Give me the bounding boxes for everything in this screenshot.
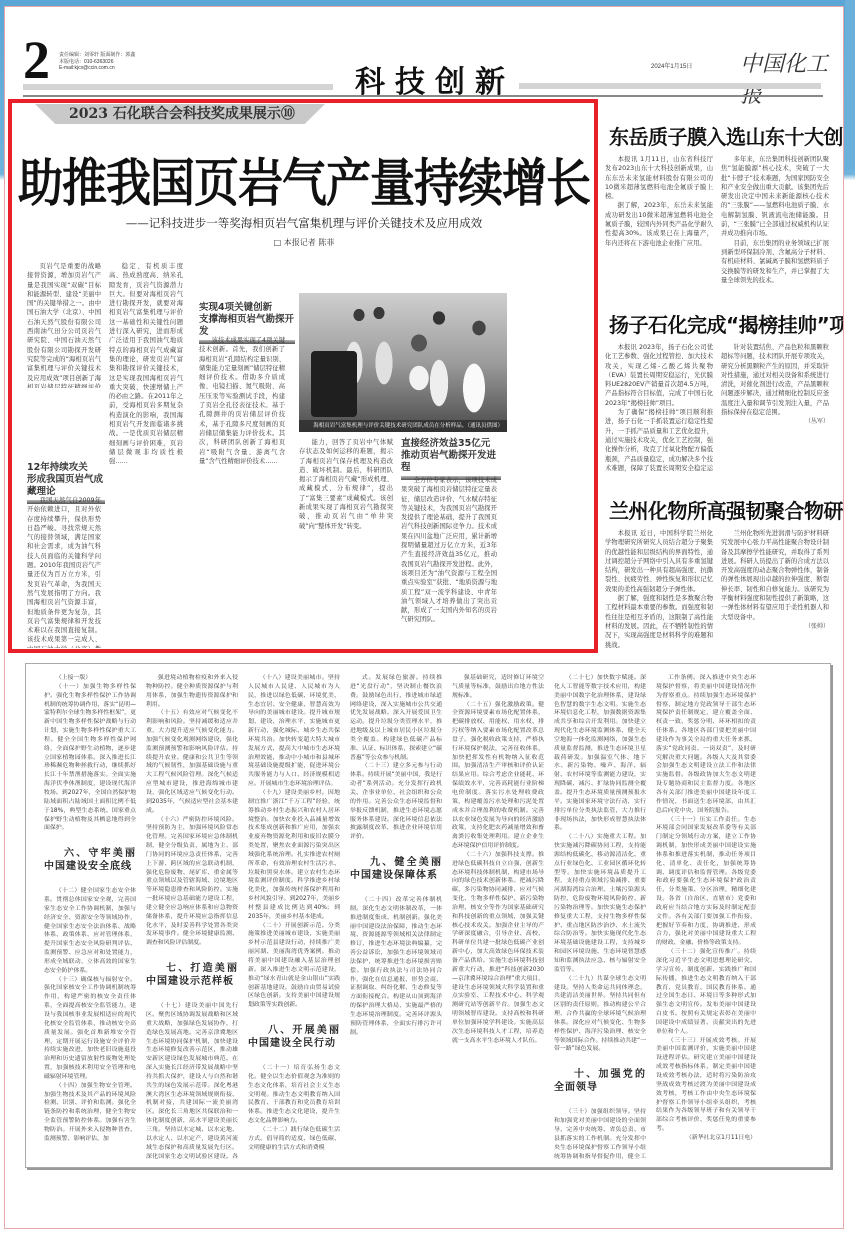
sidebar-headline: 兰州化物所高强韧聚合物研究获进展	[609, 495, 844, 524]
policy-column: 式。发展绿色旅游。持续推进“光盘行动”，坚决制止餐饮浪费。鼓励绿色出行，推进城市…	[350, 674, 442, 1160]
background-strip	[845, 0, 855, 170]
selection-highlight-box	[8, 99, 598, 653]
sidebar-column: 本报讯 2023年，扬子石化公司优化工艺参数、强化过程管控、加大技术攻关，实现乙…	[605, 343, 713, 473]
header-rule	[519, 83, 821, 89]
page-number: 2	[23, 33, 50, 87]
sidebar-column: 针对装置结焦、产品色粒和黑颗粒超标等问题，技术团队开展专项攻关，研究分析黑颗粒产…	[721, 343, 829, 473]
policy-column: 工作条例。深入推进中央生态环境保护督察，将美丽中国建设情况作为督察重点。持续加强…	[656, 674, 756, 1160]
editor-info: 责任编辑：刘零轩 版面制作：郭鑫 本版电话：010-6363026 E-mail…	[59, 52, 135, 72]
sidebar-column: 兰州化物所先进润滑与防护材料研究发展中心张力平高性能聚合物设计制备及其摩擦学性能…	[721, 529, 829, 649]
page-header: 2 责任编辑：刘零轩 版面制作：郭鑫 本版电话：010-6363026 E-ma…	[5, 7, 844, 97]
policy-column: 强基础研究，适时修订环境空气质量等标准，鼓励出台地方性法规标准。 （二十五）强化…	[452, 674, 544, 1160]
header-divider	[23, 95, 823, 97]
email-line: E-mail:kjcx@ccin.com.cn	[59, 65, 135, 72]
policy-column: 强进境动植物检疫和外来入侵物种防控。健全种质资源保护与利用体系，加强生物遗传资源…	[146, 674, 238, 1160]
policy-column: （十八）建设美丽城市。坚持人民城市人民建、人民城市为人民，推进以绿色低碳、环境优…	[248, 674, 340, 1160]
policy-column: （上接一版） （十一）加强生物多样性保护。强化生物多样性保护工作协调机制的统筹协…	[44, 674, 136, 1160]
article-source: （丛军）	[721, 417, 829, 426]
issue-date: 2024年1月15日	[651, 61, 692, 70]
article-source: （张帅）	[721, 622, 829, 631]
policy-column: （二十七）加快数字赋能。深化人工智能等数字技术应用，构建美丽中国数字化治理体系，…	[554, 674, 646, 1160]
policy-document: （上接一版） （十一）加强生物多样性保护。强化生物多样性保护工作协调机制的统筹协…	[25, 663, 831, 1168]
editor-line: 责任编辑：刘零轩 版面制作：郭鑫	[59, 52, 135, 59]
header-rule	[23, 84, 333, 90]
masthead-logo: 中国化工报	[740, 47, 844, 109]
sidebar-column: 多年来，东岳集团科技创新团队聚焦“氢能膜源”核心技术，突破了一大批“卡脖子”技术…	[721, 155, 829, 285]
sidebar-column: 本报讯 1月11日，山东省科技厅发布2023山东十大科技创新成果，山东东岳未来氢…	[605, 155, 713, 285]
sidebar-headline: 东岳质子膜入选山东十大创新成果	[609, 121, 844, 150]
page-bottom-border	[4, 1228, 844, 1229]
sidebar-headline: 扬子石化完成“揭榜挂帅”项目	[609, 309, 844, 338]
sidebar-column: 本报讯 近日，中国科学院兰州化学物理研究所研究人员结合超分子聚集的优越性能和层级…	[605, 529, 713, 649]
